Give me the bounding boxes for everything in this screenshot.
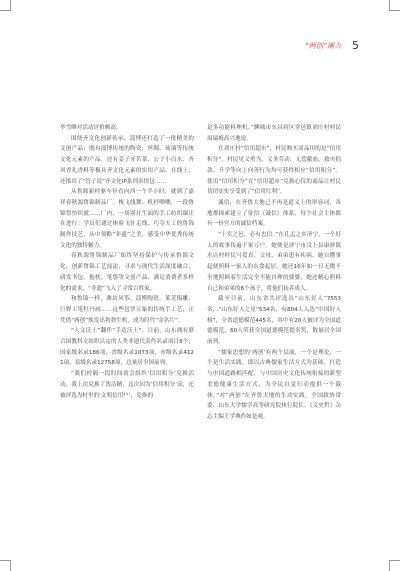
section-label: “两创”潮力 xyxy=(305,41,341,51)
crop-mark-bottom-right xyxy=(389,560,400,571)
paragraph: 和鲁锦一样，潍坊风筝、淄博陶瓷、莱芜锡雕、巨野工笔牡丹画……这些包罗万象的传统手… xyxy=(60,294,194,326)
article-body: 毕雪峰对活动评价颇高。 围绕齐文化创新传承，淄博还打造了一批精美的文创产品：既有… xyxy=(60,123,341,423)
paragraph: “儒家思想的‘两创’有两个层面，一个是理论，一个是生活实践，即以古典儒家生活方式… xyxy=(207,348,341,423)
paragraph: 从鲁源新村驱车径直向西一个半小时，就到了嘉祥春秋源鲁锦制品厂。梭飞线舞、机杼唧唧… xyxy=(60,187,194,251)
paragraph: 截至目前，山东省共评选出“山东好人”7553名，“山东好人之星”534名，有80… xyxy=(207,294,341,348)
left-column: 毕雪峰对活动评价颇高。 围绕齐文化创新传承，淄博还打造了一批精美的文创产品：既有… xyxy=(60,123,194,423)
crop-mark-top-right xyxy=(389,0,400,11)
crop-mark-top-left xyxy=(0,0,11,11)
paragraph: “十室之邑，必有忠信。”在孔孟之乡济宁，一个好人的故事传遍千家万户。她便是济宁市… xyxy=(207,230,341,294)
paragraph: “我们村隔一段时间就会组织‘信用积分’兑换活动，我上次兑换了洗洁精，这次因为‘信… xyxy=(60,369,194,401)
paragraph: 诚信，在齐鲁大地已不再是道义上的形容词，各地都探索建立了征信（诚信）体系，每个社… xyxy=(207,198,341,230)
crop-mark-bottom-left xyxy=(0,560,11,571)
right-column: 是多功能料理机。”聊城市东昌府区堂邑镇刘庄村村民周瑞梅高兴地说。 在刘庄村“信用… xyxy=(207,123,341,423)
page-number: 5 xyxy=(352,39,359,52)
page-header: “两创”潮力 5 xyxy=(300,40,380,52)
paragraph: 在刘庄村“信用超市”，村民购买商品用的是“信用积分”，村民见义勇为、义务劳动、无… xyxy=(207,144,341,198)
paragraph: 是多功能料理机。”聊城市东昌府区堂邑镇刘庄村村民周瑞梅高兴地说。 xyxy=(207,123,341,144)
paragraph: “人文沃土”翻作“手造沃土”。目前，山东拥有联合国教科文组织认定的人类非遗代表作… xyxy=(60,326,194,369)
paragraph: 春秋源鲁锦制品厂始终坚持保护与传承鲁锦文化，创新鲁锦工艺技法，寻求与现代生活深度… xyxy=(60,251,194,294)
paragraph: 毕雪峰对活动评价颇高。 xyxy=(60,123,194,134)
paragraph: 围绕齐文化创新传承，淄博还打造了一批精美的文创产品：既有淄博传统的陶瓷、丝绸、琉… xyxy=(60,134,194,188)
